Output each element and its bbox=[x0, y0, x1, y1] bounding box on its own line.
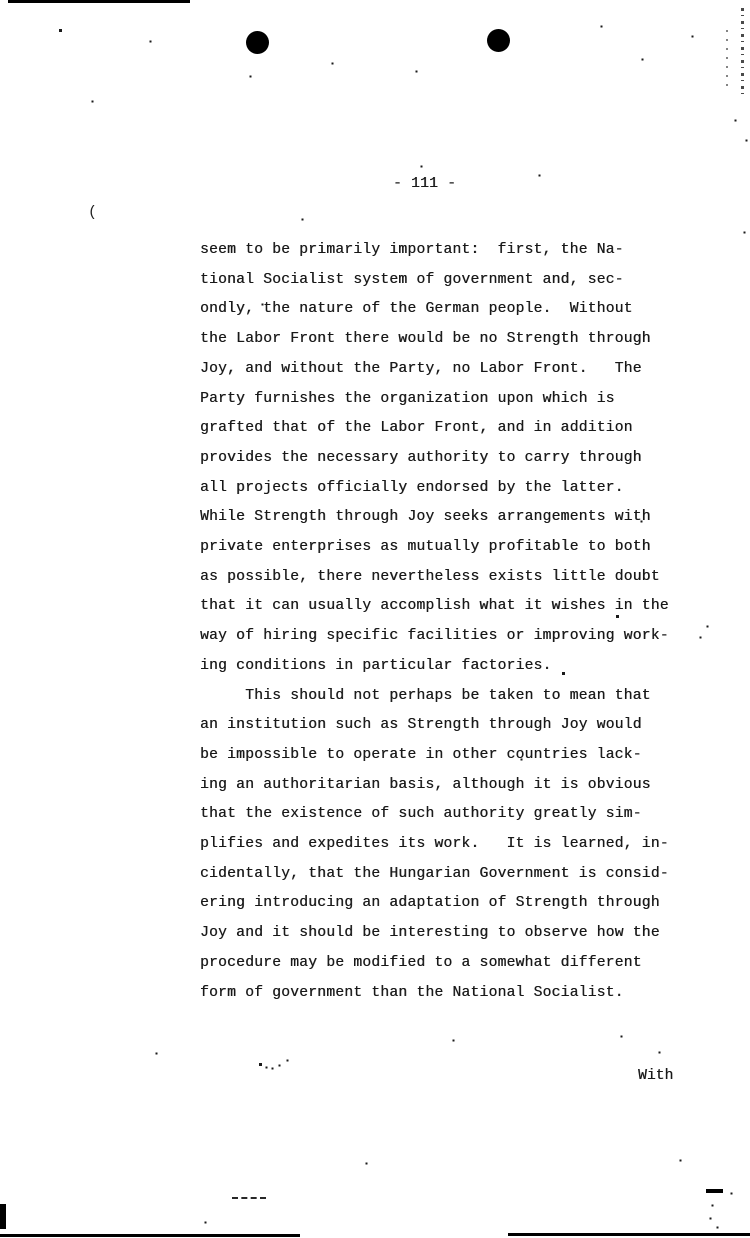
margin-scribble-mark bbox=[741, 8, 744, 96]
hole-punch-left bbox=[246, 31, 269, 54]
text-line: ing an authoritarian basis, although it … bbox=[200, 771, 669, 801]
text-line: all projects officially endorsed by the … bbox=[200, 474, 669, 504]
text-line: the Labor Front there would be no Streng… bbox=[200, 325, 669, 355]
margin-scribble-mark bbox=[726, 30, 728, 92]
text-line: ering introducing an adaptation of Stren… bbox=[200, 889, 669, 919]
scan-edge-bar-bottom-left bbox=[0, 1234, 300, 1237]
text-line: Joy, and without the Party, no Labor Fro… bbox=[200, 355, 669, 385]
text-line: way of hiring specific facilities or imp… bbox=[200, 622, 669, 652]
text-line: procedure may be modified to a somewhat … bbox=[200, 949, 669, 979]
catchword: With bbox=[638, 1068, 673, 1084]
text-line: an institution such as Strength through … bbox=[200, 711, 669, 741]
scanned-document-page: ( - 111 - seem to be primarily important… bbox=[0, 0, 750, 1238]
text-line: form of government than the National Soc… bbox=[200, 979, 669, 1009]
stray-mark: ( bbox=[88, 204, 97, 221]
text-line: grafted that of the Labor Front, and in … bbox=[200, 414, 669, 444]
text-line: plifies and expedites its work. It is le… bbox=[200, 830, 669, 860]
text-line: that the existence of such authority gre… bbox=[200, 800, 669, 830]
scan-dash-mark bbox=[232, 1197, 266, 1199]
scan-edge-bar-top bbox=[8, 0, 190, 3]
scan-edge-bar-bottom-right bbox=[508, 1233, 750, 1236]
text-line: provides the necessary authority to carr… bbox=[200, 444, 669, 474]
hole-punch-right bbox=[487, 29, 510, 52]
scan-edge-blob bbox=[0, 1204, 6, 1229]
text-line: cidentally, that the Hungarian Governmen… bbox=[200, 860, 669, 890]
text-line: that it can usually accomplish what it w… bbox=[200, 592, 669, 622]
scan-noise-specks bbox=[0, 0, 1, 1]
text-line: seem to be primarily important: first, t… bbox=[200, 236, 669, 266]
text-line: be impossible to operate in other countr… bbox=[200, 741, 669, 771]
scan-smudge-mark bbox=[706, 1189, 723, 1193]
page-number: - 111 - bbox=[393, 176, 456, 192]
text-line: Joy and it should be interesting to obse… bbox=[200, 919, 669, 949]
body-text: seem to be primarily important: first, t… bbox=[200, 236, 669, 1008]
text-line: This should not perhaps be taken to mean… bbox=[200, 682, 669, 712]
text-line: Party furnishes the organization upon wh… bbox=[200, 385, 669, 415]
text-line: ondly, the nature of the German people. … bbox=[200, 295, 669, 325]
text-line: While Strength through Joy seeks arrange… bbox=[200, 503, 669, 533]
text-line: tional Socialist system of government an… bbox=[200, 266, 669, 296]
text-line: private enterprises as mutually profitab… bbox=[200, 533, 669, 563]
text-line: ing conditions in particular factories. bbox=[200, 652, 669, 682]
text-line: as possible, there nevertheless exists l… bbox=[200, 563, 669, 593]
